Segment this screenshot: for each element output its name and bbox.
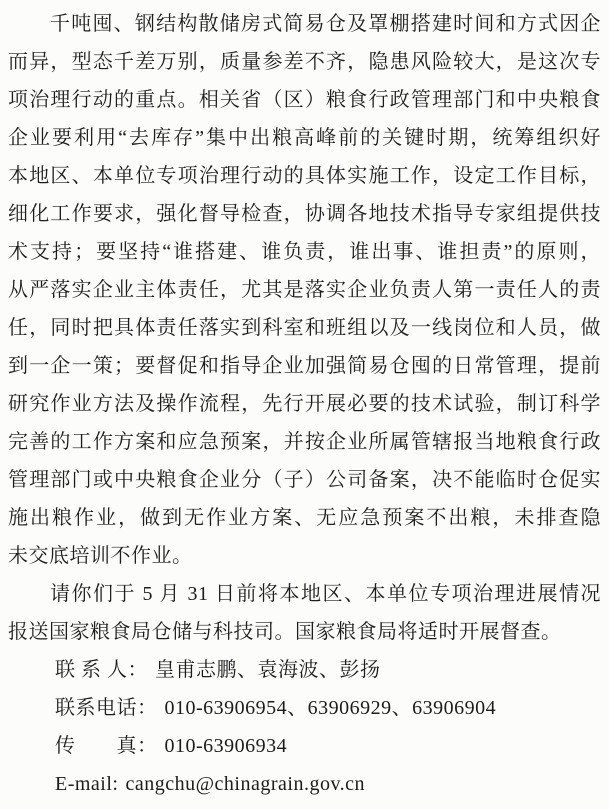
- contact-person-value: 皇甫志鹏、袁海波、彭扬: [155, 659, 381, 681]
- contact-email-label: E-mail:: [55, 773, 118, 795]
- text-line: 本地区、本单位专项治理行动的具体实施工作，设定工作目标，: [8, 157, 601, 195]
- text-line: 从严落实企业主体责任，尤其是落实企业负责人第一责任人的责: [8, 271, 601, 309]
- text-line: 企业要利用“去库存”集中出粮高峰前的关键时期，统筹组织好: [8, 119, 601, 157]
- document-page: 千吨囤、钢结构散储房式简易仓及罩棚搭建时间和方式因企 而异，型态千差万别，质量参…: [0, 0, 609, 809]
- text-line: 细化工作要求，强化督导检查，协调各地技术指导专家组提供技: [8, 195, 601, 233]
- contact-email-line: E-mail:cangchu@chinagrain.gov.cn: [8, 765, 601, 803]
- paragraph-1: 千吨囤、钢结构散储房式简易仓及罩棚搭建时间和方式因企 而异，型态千差万别，质量参…: [8, 5, 601, 575]
- paragraph-2: 请你们于 5 月 31 日前将本地区、本单位专项治理进展情况 报送国家粮食局仓储…: [8, 575, 601, 651]
- contact-fax-label: 传 真：: [55, 735, 158, 757]
- contact-phone-value: 010-63906954、63906929、63906904: [165, 697, 497, 719]
- text-line: 术支持；要坚持“谁搭建、谁负责，谁出事、谁担责”的原则，: [8, 233, 601, 271]
- text-line: 到一企一策；要督促和指导企业加强简易仓囤的日常管理，提前: [8, 347, 601, 385]
- contact-email-value: cangchu@chinagrain.gov.cn: [125, 773, 365, 795]
- contact-block: 联 系 人：皇甫志鹏、袁海波、彭扬 联系电话：010-63906954、6390…: [8, 651, 601, 803]
- text-line: 项治理行动的重点。相关省（区）粮食行政管理部门和中央粮食: [8, 81, 601, 119]
- text-line: 千吨囤、钢结构散储房式简易仓及罩棚搭建时间和方式因企: [8, 5, 601, 43]
- contact-person-label: 联 系 人：: [55, 659, 148, 681]
- contact-phone-line: 联系电话：010-63906954、63906929、63906904: [8, 689, 601, 727]
- text-line: 管理部门或中央粮食企业分（子）公司备案，决不能临时仓促实: [8, 461, 601, 499]
- text-line: 任，同时把具体责任落实到科室和班组以及一线岗位和人员，做: [8, 309, 601, 347]
- contact-person-line: 联 系 人：皇甫志鹏、袁海波、彭扬: [8, 651, 601, 689]
- contact-fax-line: 传 真：010-63906934: [8, 727, 601, 765]
- text-line: 完善的工作方案和应急预案，并按企业所属管辖报当地粮食行政: [8, 423, 601, 461]
- contact-phone-label: 联系电话：: [55, 697, 158, 719]
- contact-fax-value: 010-63906934: [165, 735, 288, 757]
- text-line: 请你们于 5 月 31 日前将本地区、本单位专项治理进展情况: [8, 575, 601, 613]
- text-line: 施出粮作业，做到无作业方案、无应急预案不出粮，未排查隐患、: [8, 499, 601, 537]
- text-line: 报送国家粮食局仓储与科技司。国家粮食局将适时开展督查。: [8, 613, 601, 651]
- text-line: 而异，型态千差万别，质量参差不齐，隐患风险较大，是这次专: [8, 43, 601, 81]
- text-line: 研究作业方法及操作流程，先行开展必要的技术试验，制订科学: [8, 385, 601, 423]
- text-line: 未交底培训不作业。: [8, 537, 601, 575]
